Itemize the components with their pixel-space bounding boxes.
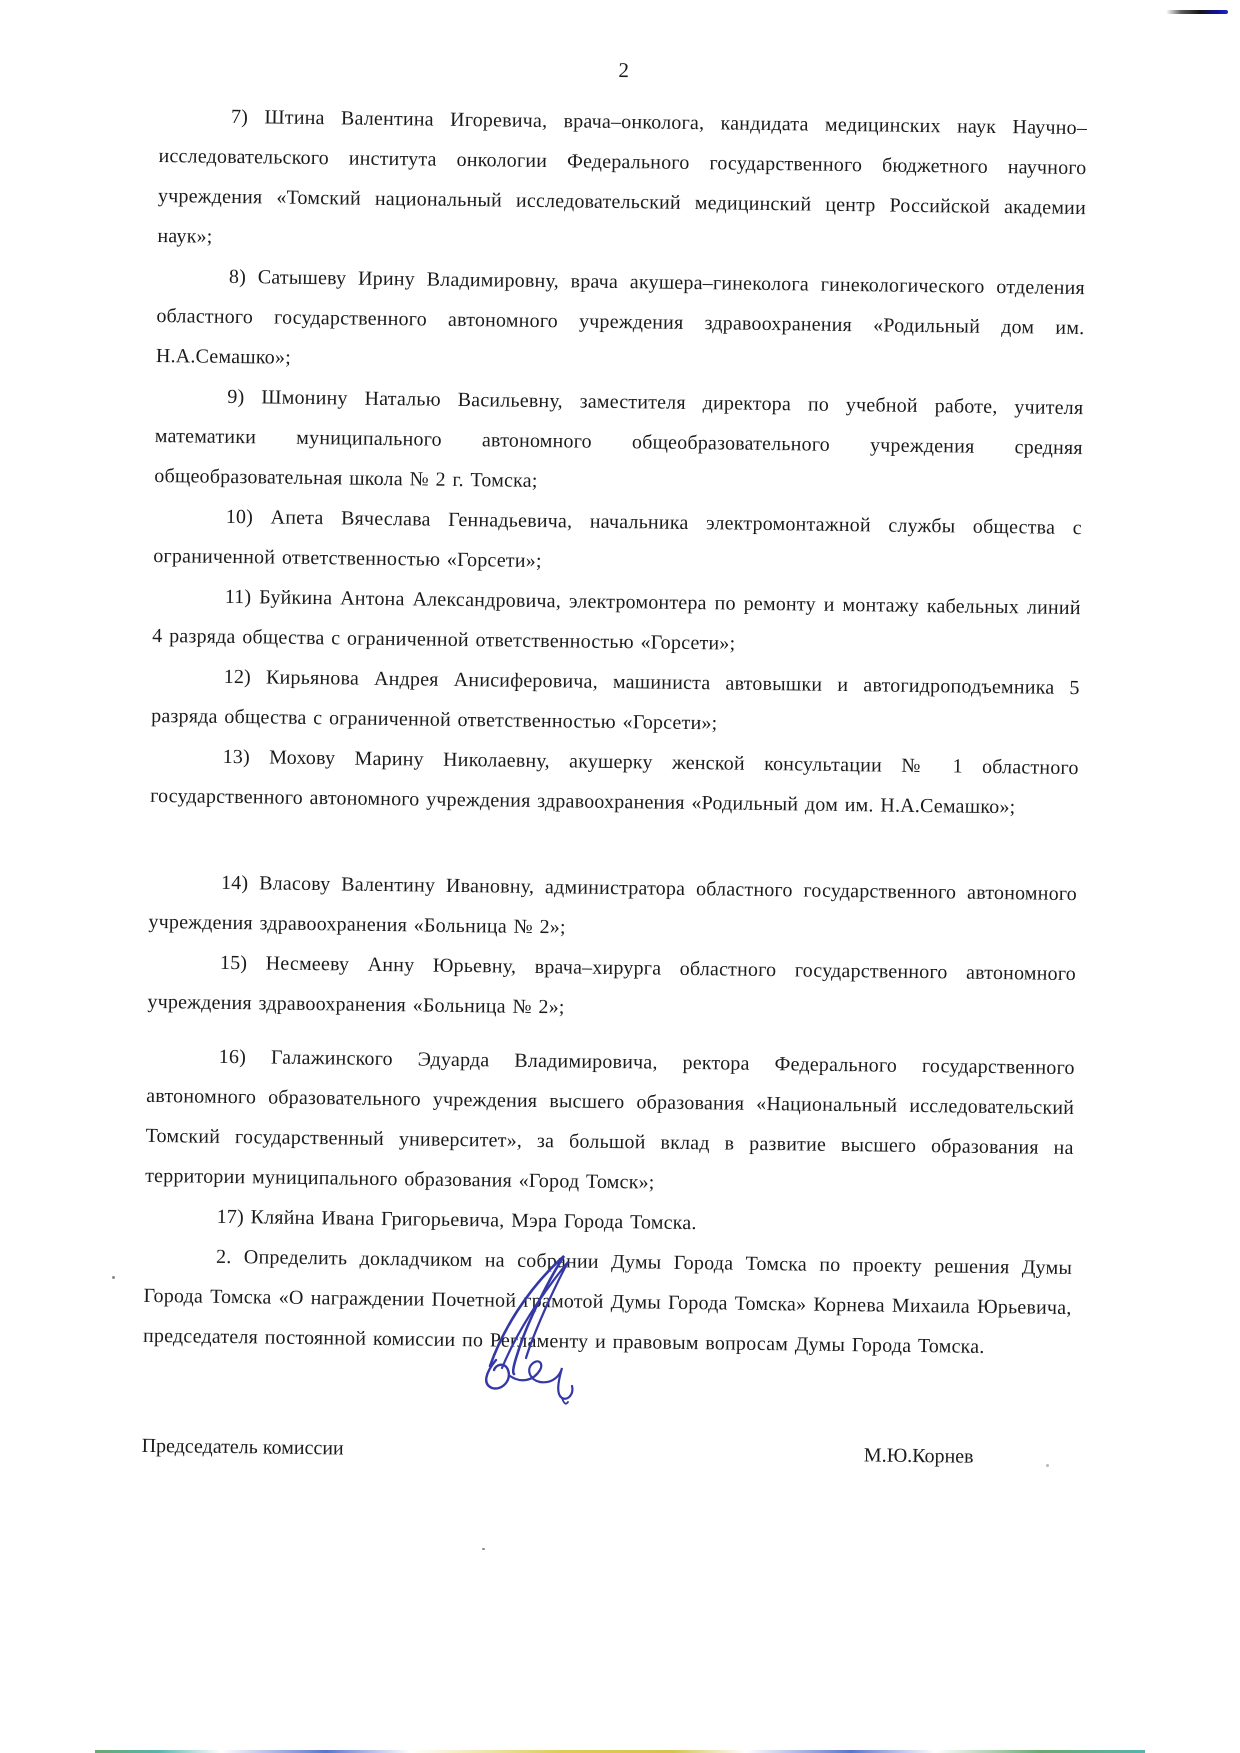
scan-speck bbox=[482, 1548, 485, 1550]
paragraph-item-8: 8) Сатышеву Ирину Владимировну, врача ак… bbox=[156, 256, 1085, 388]
paragraph-item-14: 14) Власову Валентину Ивановну, админист… bbox=[148, 862, 1077, 954]
signature-role-label: Председатель комиссии bbox=[141, 1426, 344, 1469]
paragraph-item-16: 16) Галажинского Эдуарда Владимировича, … bbox=[145, 1036, 1075, 1208]
paragraph-item-7: 7) Штина Валентина Игоревича, врача–онко… bbox=[157, 96, 1087, 268]
scan-artifact-top-right bbox=[1166, 10, 1228, 14]
scanned-document-page: 2 7) Штина Валентина Игоревича, врача–он… bbox=[0, 0, 1240, 1753]
paragraph-item-12: 12) Кирьянова Андрея Анисиферовича, маши… bbox=[151, 656, 1080, 748]
paragraph-item-13: 13) Мохову Марину Николаевну, акушерку ж… bbox=[150, 736, 1079, 828]
paragraph-item-15: 15) Несмееву Анну Юрьевну, врача–хирурга… bbox=[147, 942, 1076, 1034]
paragraph-point-2: 2. Определить докладчиком на собрании Ду… bbox=[143, 1236, 1072, 1368]
document-content: 2 7) Штина Валентина Игоревича, врача–он… bbox=[141, 44, 1088, 1478]
scan-speck bbox=[1046, 1464, 1049, 1467]
paragraph-item-10: 10) Апета Вячеслава Геннадьевича, началь… bbox=[153, 496, 1082, 588]
signature-person-name: М.Ю.Корнев bbox=[864, 1435, 974, 1476]
page-number: 2 bbox=[159, 44, 1087, 96]
scan-speck bbox=[112, 1276, 115, 1279]
paragraph-item-11: 11) Буйкина Антона Александровича, элект… bbox=[152, 576, 1081, 668]
signature-row: Председатель комиссии М.Ю.Корнев bbox=[141, 1426, 1069, 1478]
paragraph-item-9: 9) Шмонину Наталью Васильевну, заместите… bbox=[154, 376, 1083, 508]
